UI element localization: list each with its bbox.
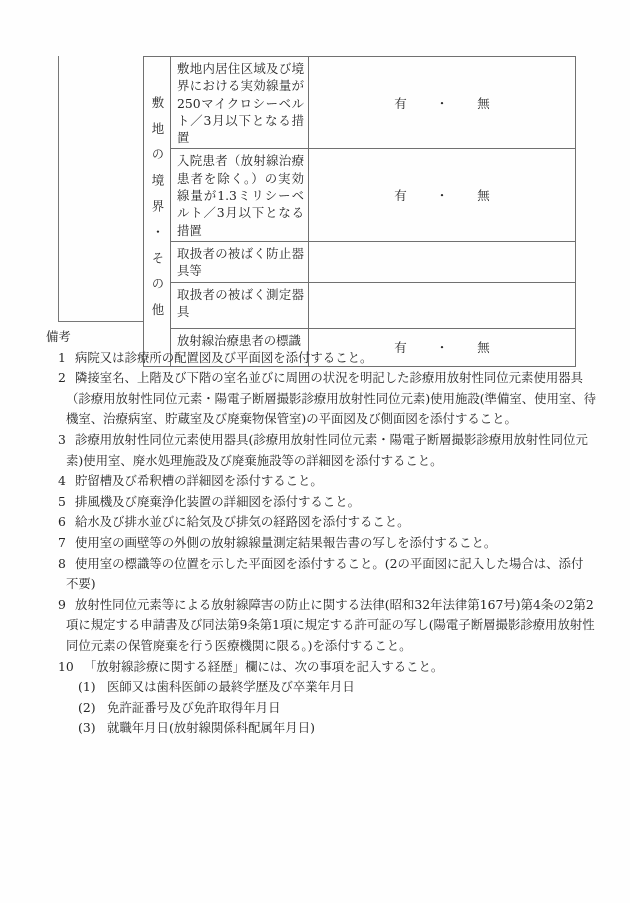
table-row: 取扱者の被ばく防止器具等 <box>144 241 576 282</box>
table-row: 入院患者（放射線治療患者を除く。）の実効線量が1.3ミリシーベルト／3月以下とな… <box>144 149 576 241</box>
item-cell: 取扱者の被ばく防止器具等 <box>171 241 309 282</box>
note-number: 10 <box>58 657 84 678</box>
subitem-number: (1) <box>78 677 107 698</box>
remarks-section: 備考 1病院又は診療所の配置図及び平面図を添付すること。 2隣接室名、上階及び下… <box>46 327 606 739</box>
note-item-8: 8使用室の標識等の位置を示した平面図を添付すること。(2の平面図に記入した場合は… <box>46 554 606 575</box>
note-text-continued: 機室、治療病室、貯蔵室及び廃棄物保管室)の平面図及び側面図を添付すること。 <box>46 409 606 430</box>
table-outer-left-border <box>58 56 59 322</box>
value-cell-empty <box>309 241 576 282</box>
note-number: 3 <box>58 430 75 451</box>
note-subitem-2: (2)免許証番号及び免許取得年月日 <box>46 698 606 719</box>
note-text-continued: 不要) <box>46 574 606 595</box>
note-text: 使用室の標識等の位置を示した平面図を添付すること。(2の平面図に記入した場合は、… <box>75 556 583 571</box>
option-separator-dot: ・ <box>436 186 449 204</box>
yes-no-choice: 有 ・ 無 <box>310 186 574 204</box>
note-text-continued: 同位元素の保管廃棄を行う医療機関に限る。)を添付すること。 <box>46 636 606 657</box>
table-outer-bottom-border <box>58 321 144 322</box>
category-vertical-label: 敷地の境界・その他 <box>145 96 170 329</box>
note-item-9: 9放射性同位元素等による放射線障害の防止に関する法律(昭和32年法律第167号)… <box>46 595 606 616</box>
note-text-continued: 項に規定する申請書及び同法第9条第1項に規定する許可証の写し(陽電子断層撮影診療… <box>46 615 606 636</box>
note-text: 診療用放射性同位元素使用器具(診療用放射性同位元素・陽電子断層撮影診療用放射性同… <box>75 432 588 447</box>
note-item-5: 5排風機及び廃棄浄化装置の詳細図を添付すること。 <box>46 492 606 513</box>
note-text: 「放射線診療に関する経歴」欄には、次の事項を記入すること。 <box>84 659 443 674</box>
note-text: 隣接室名、上階及び下階の室名並びに周囲の状況を明記した診療用放射性同位元素使用器… <box>75 370 583 385</box>
note-number: 4 <box>58 471 75 492</box>
yes-no-choice: 有 ・ 無 <box>310 94 574 112</box>
value-cell: 有 ・ 無 <box>309 149 576 241</box>
value-cell: 有 ・ 無 <box>309 57 576 149</box>
facility-measures-table: 敷地の境界・その他 敷地内居住区域及び境界における実効線量が250マイクロシーベ… <box>143 56 576 367</box>
note-subitem-1: (1)医師又は歯科医師の最終学歴及び卒業年月日 <box>46 677 606 698</box>
note-number: 8 <box>58 554 75 575</box>
option-yes[interactable]: 有 <box>394 186 407 204</box>
option-no[interactable]: 無 <box>477 94 490 112</box>
category-cell: 敷地の境界・その他 <box>144 57 171 367</box>
item-cell: 取扱者の被ばく測定器具 <box>171 282 309 328</box>
subitem-number: (2) <box>78 698 107 719</box>
note-item-3: 3診療用放射性同位元素使用器具(診療用放射性同位元素・陽電子断層撮影診療用放射性… <box>46 430 606 451</box>
option-separator-dot: ・ <box>436 94 449 112</box>
note-item-7: 7使用室の画壁等の外側の放射線線量測定結果報告書の写しを添付すること。 <box>46 533 606 554</box>
subitem-text: 医師又は歯科医師の最終学歴及び卒業年月日 <box>107 679 355 694</box>
note-number: 7 <box>58 533 75 554</box>
subitem-text: 免許証番号及び免許取得年月日 <box>107 700 280 715</box>
table-row: 取扱者の被ばく測定器具 <box>144 282 576 328</box>
option-yes[interactable]: 有 <box>394 94 407 112</box>
note-item-1: 1病院又は診療所の配置図及び平面図を添付すること。 <box>46 348 606 369</box>
remarks-heading: 備考 <box>46 327 606 348</box>
note-item-10: 10「放射線診療に関する経歴」欄には、次の事項を記入すること。 <box>46 657 606 678</box>
note-item-6: 6給水及び排水並びに給気及び排気の経路図を添付すること。 <box>46 512 606 533</box>
document-page: 敷地の境界・その他 敷地内居住区域及び境界における実効線量が250マイクロシーベ… <box>0 0 630 903</box>
subitem-text: 就職年月日(放射線関係科配属年月日) <box>107 720 315 735</box>
option-no[interactable]: 無 <box>477 186 490 204</box>
note-subitem-3: (3)就職年月日(放射線関係科配属年月日) <box>46 718 606 739</box>
table-row: 敷地の境界・その他 敷地内居住区域及び境界における実効線量が250マイクロシーベ… <box>144 57 576 149</box>
note-number: 6 <box>58 512 75 533</box>
note-item-2: 2隣接室名、上階及び下階の室名並びに周囲の状況を明記した診療用放射性同位元素使用… <box>46 368 606 389</box>
note-text: 貯留槽及び希釈槽の詳細図を添付すること。 <box>75 473 323 488</box>
value-cell-empty <box>309 282 576 328</box>
note-text-continued: 素)使用室、廃水処理施設及び廃棄施設等の詳細図を添付すること。 <box>46 451 606 472</box>
note-number: 2 <box>58 368 75 389</box>
note-item-4: 4貯留槽及び希釈槽の詳細図を添付すること。 <box>46 471 606 492</box>
note-text: 使用室の画壁等の外側の放射線線量測定結果報告書の写しを添付すること。 <box>75 535 496 550</box>
item-cell: 入院患者（放射線治療患者を除く。）の実効線量が1.3ミリシーベルト／3月以下とな… <box>171 149 309 241</box>
note-number: 9 <box>58 595 75 616</box>
note-text: 病院又は診療所の配置図及び平面図を添付すること。 <box>75 350 372 365</box>
note-text-continued: （診療用放射性同位元素・陽電子断層撮影診療用放射性同位元素)使用施設(準備室、使… <box>46 389 606 410</box>
note-text: 排風機及び廃棄浄化装置の詳細図を添付すること。 <box>75 494 360 509</box>
note-number: 5 <box>58 492 75 513</box>
item-cell: 敷地内居住区域及び境界における実効線量が250マイクロシーベルト／3月以下となる… <box>171 57 309 149</box>
note-text: 給水及び排水並びに給気及び排気の経路図を添付すること。 <box>75 514 410 529</box>
note-number: 1 <box>58 348 75 369</box>
note-text: 放射性同位元素等による放射線障害の防止に関する法律(昭和32年法律第167号)第… <box>75 597 594 612</box>
subitem-number: (3) <box>78 718 107 739</box>
